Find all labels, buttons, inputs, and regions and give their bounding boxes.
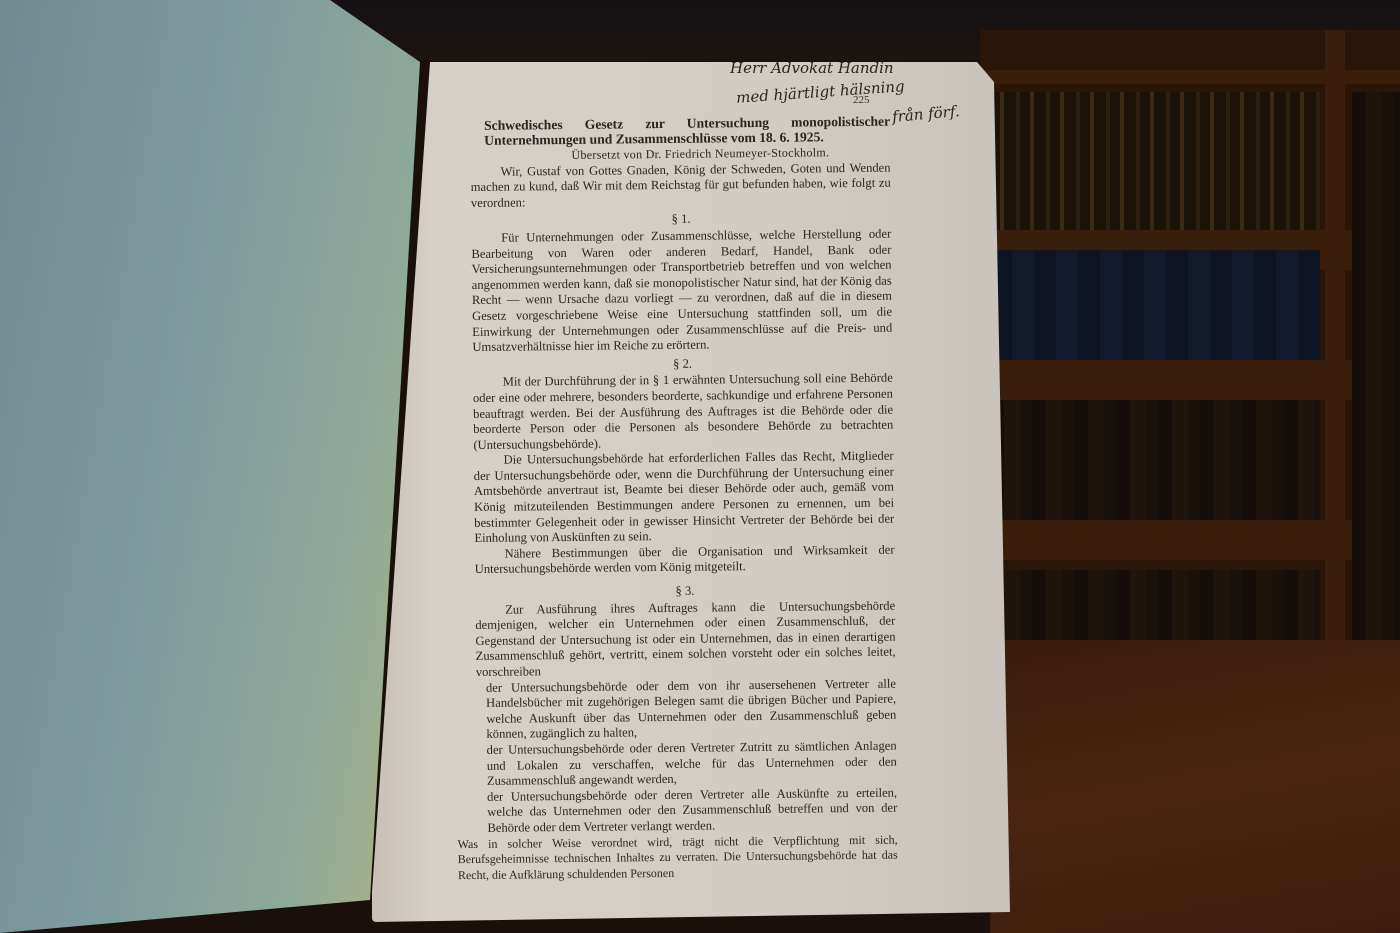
paragraph: Nähere Bestimmungen über die Organisatio… xyxy=(474,542,894,578)
paragraph: Die Untersuchungsbehörde hat erforderlic… xyxy=(474,449,895,547)
paragraph: Für Unternehmungen oder Zusammenschlüsse… xyxy=(471,227,892,356)
page-number: 225 xyxy=(853,94,870,106)
shelf-books-gold xyxy=(990,92,1320,232)
shelf-books-side xyxy=(1352,92,1400,672)
dedication-line: med hjärtligt hälsning xyxy=(736,76,906,108)
document-text: Schwedisches Gesetz zur Untersuchung mon… xyxy=(470,114,898,884)
shelf-books-blue xyxy=(990,250,1320,360)
paragraph: Mit der Durchführung der in § 1 erwähnte… xyxy=(473,371,894,453)
dedication-line: Herr Advokat Handin xyxy=(730,58,894,78)
dedication-line: från förf. xyxy=(891,101,960,127)
paragraph: Was in solcher Weise verordnet wird, trä… xyxy=(458,832,898,883)
wooden-table xyxy=(990,640,1400,933)
document-title: Schwedisches Gesetz zur Untersuchung mon… xyxy=(484,114,890,148)
bookcase-divider xyxy=(1325,30,1345,690)
list-item: der Untersuchungsbehörde oder dem von ih… xyxy=(486,676,897,743)
preamble: Wir, Gustaf von Gottes Gnaden, König der… xyxy=(470,160,890,211)
shelf-books-dark xyxy=(990,400,1320,520)
list-item: der Untersuchungsbehörde oder deren Vert… xyxy=(487,785,897,836)
list-item: der Untersuchungsbehörde oder deren Vert… xyxy=(487,739,897,790)
bookcase xyxy=(980,30,1400,690)
paragraph: Zur Ausführung ihres Auftrages kann die … xyxy=(475,598,896,680)
blue-cover-page xyxy=(0,0,430,933)
